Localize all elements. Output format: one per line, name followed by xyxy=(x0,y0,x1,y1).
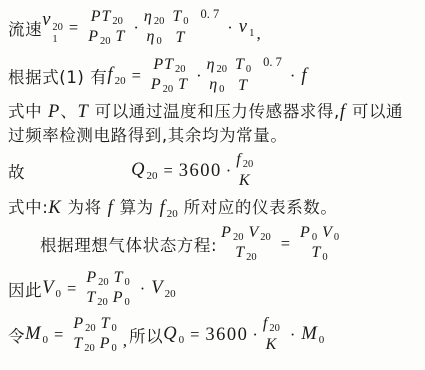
math-number: 3600 xyxy=(179,161,222,182)
subscript: 0 xyxy=(183,16,188,27)
text-run: 流速 xyxy=(8,16,42,40)
formula-f20: 根据式(1) 有 f20=PT20P20T·η20η0T0T0. 7·f xyxy=(8,52,419,100)
numerator: T0 xyxy=(172,8,188,28)
math-variable: η20 xyxy=(207,56,227,76)
math-variable: T0 xyxy=(101,315,117,335)
math-variable: T0 xyxy=(312,244,328,264)
math-symbol: P xyxy=(73,315,84,332)
fraction: P20T0T20P0 xyxy=(86,269,129,310)
subscript: 0 xyxy=(125,277,130,288)
multiplication-dot: · xyxy=(290,325,296,345)
math-symbol: Q xyxy=(163,324,177,344)
subscript: 20 xyxy=(84,343,95,354)
subscript: 0 xyxy=(56,288,62,300)
multiplication-dot: · xyxy=(252,325,258,345)
math-symbol: η xyxy=(147,28,156,45)
math-symbol: P xyxy=(113,289,124,306)
formula-m0-q0: 令 M0=P20T0T20P0,所以 Q0=3600·f20K·M0 xyxy=(8,311,419,359)
fraction: T0T xyxy=(172,8,188,47)
math-variable: M0 xyxy=(25,324,48,346)
math-symbol: T xyxy=(73,335,83,352)
multiplication-dot: · xyxy=(227,18,233,38)
math-variable: K xyxy=(266,336,278,355)
punctuation: , xyxy=(256,24,260,44)
paragraph-line-2: 过频率检测电路得到,其余均为常量。 xyxy=(8,124,419,148)
denominator: η0 xyxy=(147,28,162,48)
multiplication-dot: · xyxy=(140,279,146,299)
math-variable: η0 xyxy=(147,28,162,48)
math-variable: T20 xyxy=(73,335,94,355)
denominator: T20P0 xyxy=(86,289,129,309)
denominator: K xyxy=(266,336,278,355)
subscript: 0 xyxy=(112,323,117,334)
denominator: P20T xyxy=(88,28,125,48)
math-symbol: T xyxy=(235,244,245,261)
math-variable: P xyxy=(48,102,60,122)
sup-sub-stack: 201 xyxy=(52,22,63,46)
formula-v0: 因此 V0=P20T0T20P0·V20 xyxy=(8,267,419,311)
text-run: 所对应的仪表系数。 xyxy=(178,198,338,217)
numerator: η20 xyxy=(144,8,164,28)
fraction: P0V0T0 xyxy=(300,224,339,265)
math-variable: V0 xyxy=(322,224,339,244)
multiplication-dot: · xyxy=(196,66,202,86)
subscript: 20 xyxy=(146,170,157,182)
denominator: T20P0 xyxy=(73,335,116,355)
math-variable: V0 xyxy=(42,278,61,300)
denominator: T xyxy=(238,77,248,96)
math-symbol: T xyxy=(101,315,111,332)
subscript: 20 xyxy=(165,288,176,300)
numerator: f20 xyxy=(263,315,280,335)
math-symbol: f xyxy=(107,65,113,85)
spacer xyxy=(8,244,40,245)
math-variable: K xyxy=(239,172,251,191)
math-variable: P20 xyxy=(86,269,108,289)
math-symbol: V xyxy=(151,278,163,298)
math-variable: T xyxy=(178,76,188,95)
denominator: P20T xyxy=(151,76,188,96)
math-symbol: M xyxy=(301,324,317,344)
math-symbol: T xyxy=(172,8,182,25)
subscript: 0 xyxy=(179,334,185,346)
math-symbol: V xyxy=(322,224,333,241)
math-symbol: f xyxy=(263,315,268,332)
denominator: T xyxy=(175,29,185,48)
math-symbol: T xyxy=(178,76,188,93)
subscript: 20 xyxy=(112,16,123,27)
fraction: f20K xyxy=(263,315,280,354)
math-variable: T xyxy=(77,102,88,122)
math-symbol: η xyxy=(144,8,153,25)
math-variable: PT20 xyxy=(91,8,123,28)
text-run: 故 xyxy=(8,159,25,183)
math-symbol: K xyxy=(239,172,251,189)
math-symbol: P xyxy=(221,224,232,241)
equals-sign: = xyxy=(281,234,290,254)
subscript: 0 xyxy=(312,232,317,243)
math-symbol: P xyxy=(48,102,60,122)
math-symbol: P xyxy=(151,76,162,93)
multiplication-dot: · xyxy=(133,18,139,38)
superscript: 20 xyxy=(52,22,63,34)
math-variable: P20 xyxy=(221,224,243,244)
math-variable: P0 xyxy=(300,224,317,244)
math-variable: P0 xyxy=(113,289,130,309)
text-run: 根据理想气体状态方程: xyxy=(40,232,217,256)
math-variable: V20 xyxy=(151,278,175,300)
math-symbol: P xyxy=(300,224,311,241)
math-variable: T20 xyxy=(235,244,256,264)
paragraph-line-1: 式中 P、T 可以通过温度和压力传感器求得,f 可以通 xyxy=(8,100,419,124)
text-run: 算为 xyxy=(114,198,160,217)
math-variable: η0 xyxy=(209,76,224,96)
subscript: 20 xyxy=(97,297,108,308)
math-symbol: P xyxy=(88,28,99,45)
math-variable: v201 xyxy=(42,10,63,46)
math-variable: v1 xyxy=(239,17,255,39)
math-variable: f20 xyxy=(236,151,253,171)
formula-ideal-gas: 根据理想气体状态方程:P20V20T20=P0V0T0 xyxy=(8,221,419,267)
math-variable: P20 xyxy=(73,315,95,335)
subscript: 20 xyxy=(100,36,111,47)
text-run: 根据式(1) 有 xyxy=(8,64,107,88)
math-number: 3600 xyxy=(205,325,248,346)
equals-sign: = xyxy=(132,66,141,86)
math-variable: T xyxy=(238,77,248,96)
subscript: 20 xyxy=(115,75,126,87)
math-variable: T xyxy=(175,29,185,48)
numerator: f20 xyxy=(236,151,253,171)
math-symbol: T xyxy=(312,244,322,261)
math-variable: f xyxy=(301,66,307,87)
subscript: 20 xyxy=(269,323,280,334)
math-variable: T0 xyxy=(114,269,130,289)
numerator: P0V0 xyxy=(300,224,339,244)
equals-sign: = xyxy=(54,325,63,345)
math-symbol: v xyxy=(42,10,51,30)
punctuation: , xyxy=(123,331,127,351)
math-symbol: P xyxy=(86,269,97,286)
math-symbol: PT xyxy=(91,8,112,25)
math-symbol: M xyxy=(25,324,41,344)
math-variable: Q0 xyxy=(163,324,184,346)
numerator: T0 xyxy=(235,56,251,76)
subscript: 20 xyxy=(175,64,186,75)
math-symbol: f xyxy=(160,198,166,218)
subscript: 0 xyxy=(246,64,251,75)
subscript: 1 xyxy=(249,27,255,39)
fraction: η20η0 xyxy=(207,56,227,97)
subscript: 0 xyxy=(334,232,339,243)
fraction: PT20P20T xyxy=(151,56,188,97)
subscript: 20 xyxy=(233,232,244,243)
math-symbol: f xyxy=(301,66,307,86)
fraction: T0T xyxy=(235,56,251,95)
exponent: 0. 7 xyxy=(201,7,220,22)
math-variable: f20 xyxy=(160,198,178,218)
math-symbol: T xyxy=(86,289,96,306)
math-symbol: f xyxy=(236,151,241,168)
math-variable: f20 xyxy=(263,315,280,335)
subscript: 0 xyxy=(43,334,49,346)
math-variable: T0 xyxy=(235,56,251,76)
denominator: η0 xyxy=(209,76,224,96)
math-symbol: T xyxy=(77,102,88,122)
text-run: 令 xyxy=(8,323,25,347)
math-variable: T xyxy=(116,28,126,47)
text-run: 因此 xyxy=(8,277,42,301)
exponent: 0. 7 xyxy=(263,55,282,70)
math-variable: V20 xyxy=(248,224,270,244)
formula-q20: 故Q20=3600·f20K xyxy=(8,148,419,194)
subscript: 20 xyxy=(260,232,271,243)
math-variable: P20 xyxy=(88,28,110,48)
numerator: P20V20 xyxy=(221,224,271,244)
text-run: 、 xyxy=(60,102,77,121)
subscript: 0 xyxy=(112,343,117,354)
fraction: f20K xyxy=(236,151,253,190)
denominator: K xyxy=(239,172,251,191)
math-variable: P20 xyxy=(151,76,173,96)
math-symbol: Q xyxy=(131,160,145,180)
subscript: 20 xyxy=(217,64,228,75)
subscript: 20 xyxy=(243,159,254,170)
math-symbol: T xyxy=(114,269,124,286)
math-variable: f20 xyxy=(107,65,125,87)
math-variable: M0 xyxy=(301,324,324,346)
math-symbol: v xyxy=(239,17,248,37)
text-run: 可以通过温度和压力传感器求得, xyxy=(89,102,340,121)
fraction: η20η0 xyxy=(144,8,164,49)
subscript: 20 xyxy=(85,323,96,334)
numerator: PT20 xyxy=(153,56,185,76)
subscript: 20 xyxy=(246,252,257,263)
subscript: 20 xyxy=(154,16,165,27)
text-run: 为将 xyxy=(62,198,108,217)
spacer xyxy=(25,171,131,172)
subscript: 0 xyxy=(319,334,325,346)
math-variable: PT20 xyxy=(153,56,185,76)
text-run: 所以 xyxy=(129,323,163,347)
math-variable: T20 xyxy=(86,289,107,309)
subscript: 0 xyxy=(125,297,130,308)
math-symbol: η xyxy=(209,76,218,93)
document-page: 流速 v201=PT20P20T·η20η0T0T0. 7·v1, 根据式(1)… xyxy=(0,0,425,359)
fraction: P20T0T20P0 xyxy=(73,315,116,356)
text-run: 式中: xyxy=(8,198,48,217)
numerator: P20T0 xyxy=(73,315,116,335)
formula-velocity: 流速 v201=PT20P20T·η20η0T0T0. 7·v1, xyxy=(8,4,419,52)
equals-sign: = xyxy=(67,279,76,299)
text-run: 过频率检测电路得到,其余均为常量。 xyxy=(8,126,287,145)
subscript: 1 xyxy=(52,34,63,46)
equals-sign: = xyxy=(190,325,199,345)
subscript: 20 xyxy=(167,208,178,220)
math-symbol: K xyxy=(48,198,61,218)
math-symbol: T xyxy=(175,29,185,46)
denominator: T0 xyxy=(312,244,328,264)
subscript: 20 xyxy=(98,277,109,288)
math-symbol: K xyxy=(266,336,278,353)
numerator: η20 xyxy=(207,56,227,76)
math-variable: η20 xyxy=(144,8,164,28)
multiplication-dot: · xyxy=(226,161,232,181)
math-variable: Q20 xyxy=(131,160,157,182)
numerator: P20T0 xyxy=(86,269,129,289)
equals-sign: = xyxy=(163,161,172,181)
subscript: 0 xyxy=(219,84,224,95)
equals-sign: = xyxy=(69,18,78,38)
math-symbol: T xyxy=(235,56,245,73)
numerator: PT20 xyxy=(91,8,123,28)
multiplication-dot: · xyxy=(290,66,296,86)
subscript: 0 xyxy=(322,252,327,263)
math-symbol: PT xyxy=(153,56,174,73)
subscript: 20 xyxy=(163,84,174,95)
math-symbol: V xyxy=(248,224,259,241)
fraction: PT20P20T xyxy=(88,8,125,49)
math-variable: T0 xyxy=(172,8,188,28)
math-symbol: P xyxy=(100,335,111,352)
math-symbol: T xyxy=(116,28,126,45)
text-run: 可以通 xyxy=(346,102,403,121)
denominator: T20 xyxy=(235,244,256,264)
subscript: 0 xyxy=(156,36,161,47)
text-k-definition: 式中:K 为将 f 算为 f20 所对应的仪表系数。 xyxy=(8,194,419,221)
text-run: 式中 xyxy=(8,102,48,121)
math-variable: K xyxy=(48,198,61,218)
math-symbol: T xyxy=(238,77,248,94)
math-symbol: V xyxy=(42,278,54,298)
math-symbol: η xyxy=(207,56,216,73)
math-variable: P0 xyxy=(100,335,117,355)
fraction: P20V20T20 xyxy=(221,224,271,265)
